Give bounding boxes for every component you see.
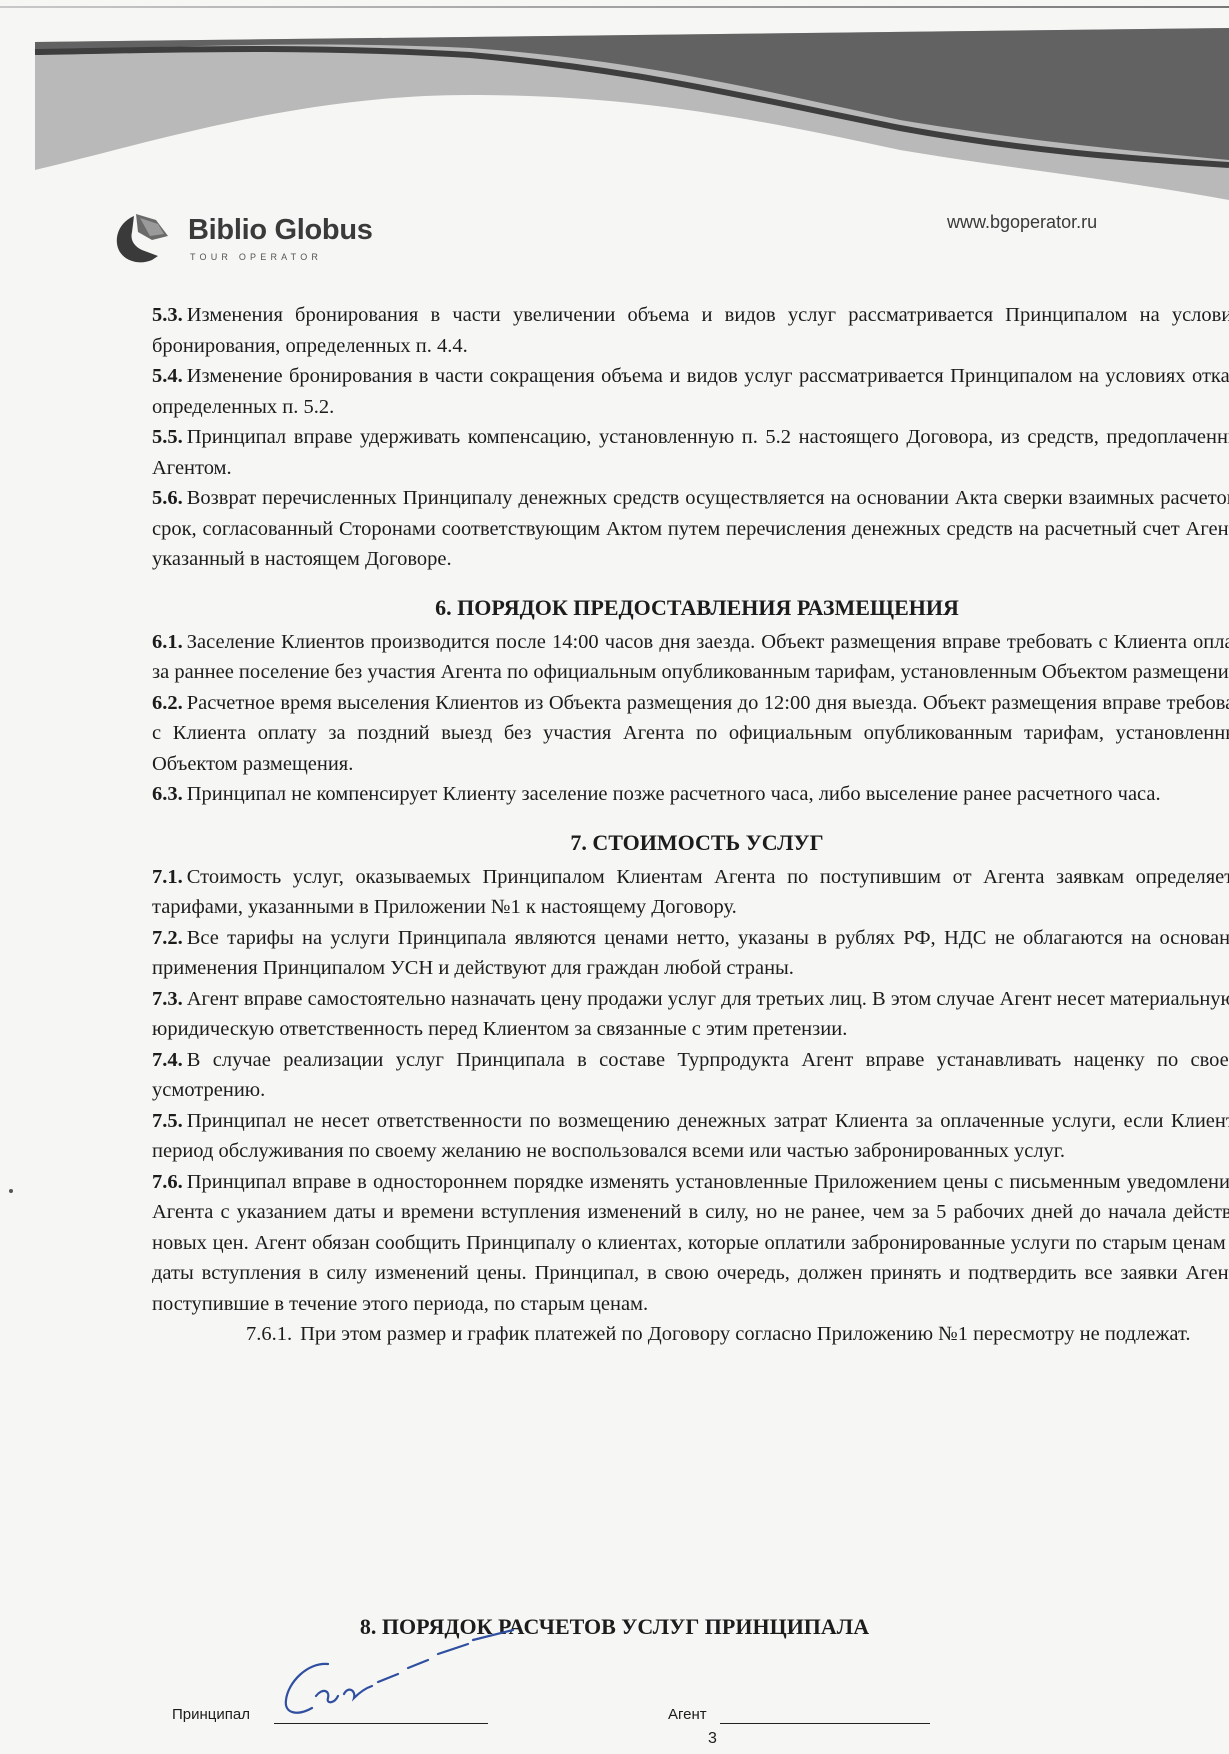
clause-5-4: 5.4.Изменение бронирования в части сокра…: [152, 361, 1229, 422]
section-7-title: 7. СТОИМОСТЬ УСЛУГ: [152, 826, 1229, 860]
website-url: www.bgoperator.ru: [947, 212, 1097, 233]
biblio-globus-logo: Biblio Globus TOUR OPERATOR: [112, 210, 402, 268]
clause-7-6: 7.6.Принципал вправе в одностороннем пор…: [152, 1167, 1229, 1320]
clause-7-2: 7.2.Все тарифы на услуги Принципала явля…: [152, 923, 1229, 984]
page-number: 3: [708, 1730, 717, 1748]
agent-signature-line: [720, 1723, 930, 1724]
clause-7-4: 7.4.В случае реализации услуг Принципала…: [152, 1045, 1229, 1106]
clause-5-6: 5.6.Возврат перечисленных Принципалу ден…: [152, 483, 1229, 575]
section-8-title: 8. ПОРЯДОК РАСЧЕТОВ УСЛУГ ПРИНЦИПАЛА: [0, 1614, 1229, 1640]
clause-6-1: 6.1.Заселение Клиентов производится посл…: [152, 627, 1229, 688]
contract-body: 5.3.Изменения бронирования в части увели…: [152, 300, 1229, 1350]
scan-artifact: [9, 1189, 13, 1193]
clause-7-1: 7.1.Стоимость услуг, оказываемых Принцип…: [152, 862, 1229, 923]
section-5-clauses: 5.3.Изменения бронирования в части увели…: [152, 300, 1229, 575]
section-6-title: 6. ПОРЯДОК ПРЕДОСТАВЛЕНИЯ РАЗМЕЩЕНИЯ: [152, 591, 1229, 625]
clause-7-6-1: 7.6.1.При этом размер и график платежей …: [246, 1319, 1229, 1350]
agent-label: Агент: [668, 1706, 707, 1723]
logo-mark-icon: [112, 210, 172, 268]
section-6-clauses: 6.1.Заселение Клиентов производится посл…: [152, 627, 1229, 810]
clause-7-5: 7.5.Принципал не несет ответственности п…: [152, 1106, 1229, 1167]
signature-row: Принципал Агент: [0, 1706, 1229, 1736]
clause-5-5: 5.5.Принципал вправе удерживать компенса…: [152, 422, 1229, 483]
clause-6-2: 6.2.Расчетное время выселения Клиентов и…: [152, 688, 1229, 780]
principal-signature-line: [274, 1723, 488, 1724]
principal-label: Принципал: [172, 1706, 250, 1723]
clause-5-3: 5.3.Изменения бронирования в части увели…: [152, 300, 1229, 361]
section-7-clauses: 7.1.Стоимость услуг, оказываемых Принцип…: [152, 862, 1229, 1350]
clause-6-3: 6.3.Принципал не компенсирует Клиенту за…: [152, 779, 1229, 810]
header-wave-banner: [0, 0, 1229, 200]
logo-tagline: TOUR OPERATOR: [190, 252, 322, 262]
clause-7-3: 7.3.Агент вправе самостоятельно назначат…: [152, 984, 1229, 1045]
logo-name: Biblio Globus: [188, 214, 373, 247]
